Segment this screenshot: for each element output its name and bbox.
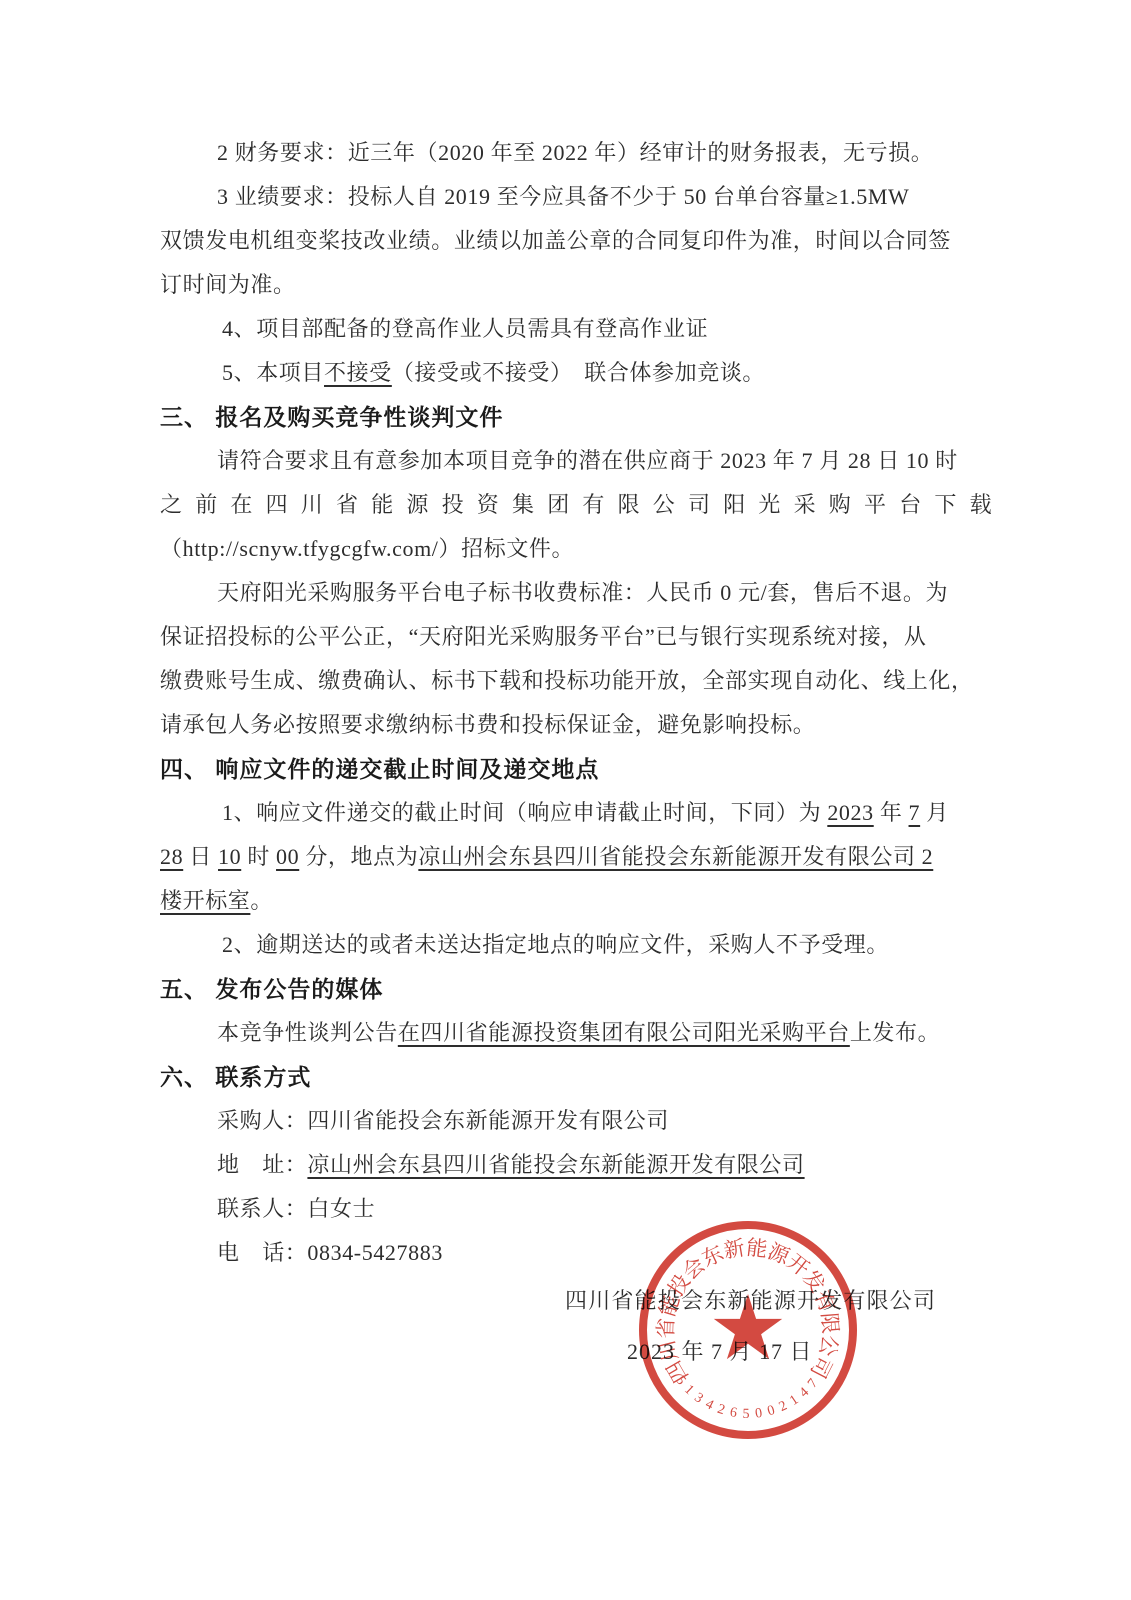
text-segment: 电 话：0834-5427883 — [217, 1240, 443, 1265]
text-segment: 请承包人务必按照要求缴纳标书费和投标保证金，避免影响投标。 — [160, 712, 815, 737]
text-segment: 订时间为准。 — [160, 272, 296, 297]
text-segment: 保证招投标的公平公正，“天府阳光采购服务平台”已与银行实现系统对接，从 — [160, 624, 927, 649]
text-line: 5、本项目不接受（接受或不接受） 联合体参加竞谈。 — [160, 351, 972, 395]
section-heading: 三、 报名及购买竞争性谈判文件 — [160, 395, 972, 439]
text-segment: 请符合要求且有意参加本项目竞争的潜在供应商于 2023 年 7 月 28 日 1… — [217, 448, 958, 473]
text-segment: 采购人：四川省能投会东新能源开发有限公司 — [217, 1108, 669, 1133]
text-segment: 缴费账号生成、缴费确认、标书下载和投标功能开放，全部实现自动化、线上化， — [160, 668, 974, 693]
document-page: 2 财务要求：近三年（2020 年至 2022 年）经审计的财务报表，无亏损。3… — [0, 0, 1131, 1600]
underlined-text: 00 — [276, 844, 299, 869]
text-segment: 联系人：白女士 — [217, 1196, 375, 1221]
text-segment: 3 业绩要求：投标人自 2019 至今应具备不少于 50 台单台容量≥1.5MW — [217, 184, 909, 209]
underlined-text: 凉山州会东县四川省能投会东新能源开发有限公司 2 — [418, 844, 933, 869]
underlined-text: 10 — [218, 844, 241, 869]
text-segment: 双馈发电机组变桨技改业绩。业绩以加盖公章的合同复印件为准，时间以合同签 — [160, 228, 951, 253]
section-heading: 四、 响应文件的递交截止时间及递交地点 — [160, 747, 972, 791]
text-line: 本竞争性谈判公告在四川省能源投资集团有限公司阳光采购平台上发布。 — [160, 1011, 972, 1055]
text-line: 楼开标室。 — [160, 879, 972, 923]
text-segment: 六、 联系方式 — [160, 1064, 311, 1090]
text-line: 双馈发电机组变桨技改业绩。业绩以加盖公章的合同复印件为准，时间以合同签 — [160, 219, 972, 263]
text-line: 之前在四川省能源投资集团有限公司阳光采购平台下载 — [160, 483, 972, 527]
section-heading: 五、 发布公告的媒体 — [160, 967, 972, 1011]
text-line: 请承包人务必按照要求缴纳标书费和投标保证金，避免影响投标。 — [160, 703, 972, 747]
text-line: 28 日 10 时 00 分，地点为凉山州会东县四川省能投会东新能源开发有限公司… — [160, 835, 972, 879]
text-segment: 5、本项目 — [222, 360, 324, 385]
seal-star-icon — [714, 1294, 782, 1359]
text-segment: 4、项目部配备的登高作业人员需具有登高作业证 — [222, 316, 708, 341]
text-line: 请符合要求且有意参加本项目竞争的潜在供应商于 2023 年 7 月 28 日 1… — [160, 439, 972, 483]
text-segment: 。 — [250, 888, 273, 913]
text-line: 2、逾期送达的或者未送达指定地点的响应文件，采购人不予受理。 — [160, 923, 972, 967]
text-segment: 天府阳光采购服务平台电子标书收费标准：人民币 0 元/套，售后不退。为 — [217, 580, 948, 605]
text-line: 1、响应文件递交的截止时间（响应申请截止时间，下同）为 2023 年 7 月 — [160, 791, 972, 835]
text-segment: 三、 报名及购买竞争性谈判文件 — [160, 404, 503, 430]
underlined-text: 28 — [160, 844, 183, 869]
underlined-text: 2023 — [827, 800, 873, 825]
text-line: （http://scnyw.tfygcgfw.com/）招标文件。 — [160, 527, 972, 571]
section-heading: 六、 联系方式 — [160, 1055, 972, 1099]
text-segment: 月 — [920, 800, 949, 825]
underlined-text: 7 — [909, 800, 921, 825]
text-segment: 之前在四川省能源投资集团有限公司阳光采购平台下载 — [160, 492, 1005, 517]
text-segment: 地 址： — [217, 1152, 307, 1177]
text-segment: （接受或不接受） 联合体参加竞谈。 — [392, 360, 765, 385]
text-segment: 五、 发布公告的媒体 — [160, 976, 383, 1002]
document-body: 2 财务要求：近三年（2020 年至 2022 年）经审计的财务报表，无亏损。3… — [160, 131, 972, 1275]
text-segment: 上发布。 — [850, 1020, 940, 1045]
text-segment: 日 — [183, 844, 218, 869]
text-segment: 年 — [874, 800, 909, 825]
text-line: 地 址：凉山州会东县四川省能投会东新能源开发有限公司 — [160, 1143, 972, 1187]
text-segment: （http://scnyw.tfygcgfw.com/）招标文件。 — [160, 536, 574, 561]
text-line: 保证招投标的公平公正，“天府阳光采购服务平台”已与银行实现系统对接，从 — [160, 615, 972, 659]
text-segment: 分，地点为 — [299, 844, 418, 869]
text-line: 2 财务要求：近三年（2020 年至 2022 年）经审计的财务报表，无亏损。 — [160, 131, 972, 175]
underlined-text: 楼开标室 — [160, 888, 250, 913]
text-segment: 2、逾期送达的或者未送达指定地点的响应文件，采购人不予受理。 — [222, 932, 889, 957]
text-segment: 四、 响应文件的递交截止时间及递交地点 — [160, 756, 599, 782]
text-segment: 时 — [241, 844, 276, 869]
seal-number-arc-text: 5134265002147 — [672, 1373, 822, 1422]
text-line: 订时间为准。 — [160, 263, 972, 307]
text-line: 采购人：四川省能投会东新能源开发有限公司 — [160, 1099, 972, 1143]
text-segment: 本竞争性谈判公告 — [217, 1020, 398, 1045]
text-segment: 1、响应文件递交的截止时间（响应申请截止时间，下同）为 — [222, 800, 827, 825]
text-line: 缴费账号生成、缴费确认、标书下载和投标功能开放，全部实现自动化、线上化， — [160, 659, 972, 703]
text-line: 天府阳光采购服务平台电子标书收费标准：人民币 0 元/套，售后不退。为 — [160, 571, 972, 615]
underlined-text: 不接受 — [324, 360, 392, 385]
text-segment: 2 财务要求：近三年（2020 年至 2022 年）经审计的财务报表，无亏损。 — [217, 140, 933, 165]
company-seal-stamp: 四川省能投会东新能源开发有限公司 5134265002147 — [618, 1200, 878, 1460]
underlined-text: 凉山州会东县四川省能投会东新能源开发有限公司 — [307, 1152, 804, 1177]
underlined-text: 在四川省能源投资集团有限公司阳光采购平台 — [398, 1020, 850, 1045]
text-line: 4、项目部配备的登高作业人员需具有登高作业证 — [160, 307, 972, 351]
text-line: 3 业绩要求：投标人自 2019 至今应具备不少于 50 台单台容量≥1.5MW — [160, 175, 972, 219]
